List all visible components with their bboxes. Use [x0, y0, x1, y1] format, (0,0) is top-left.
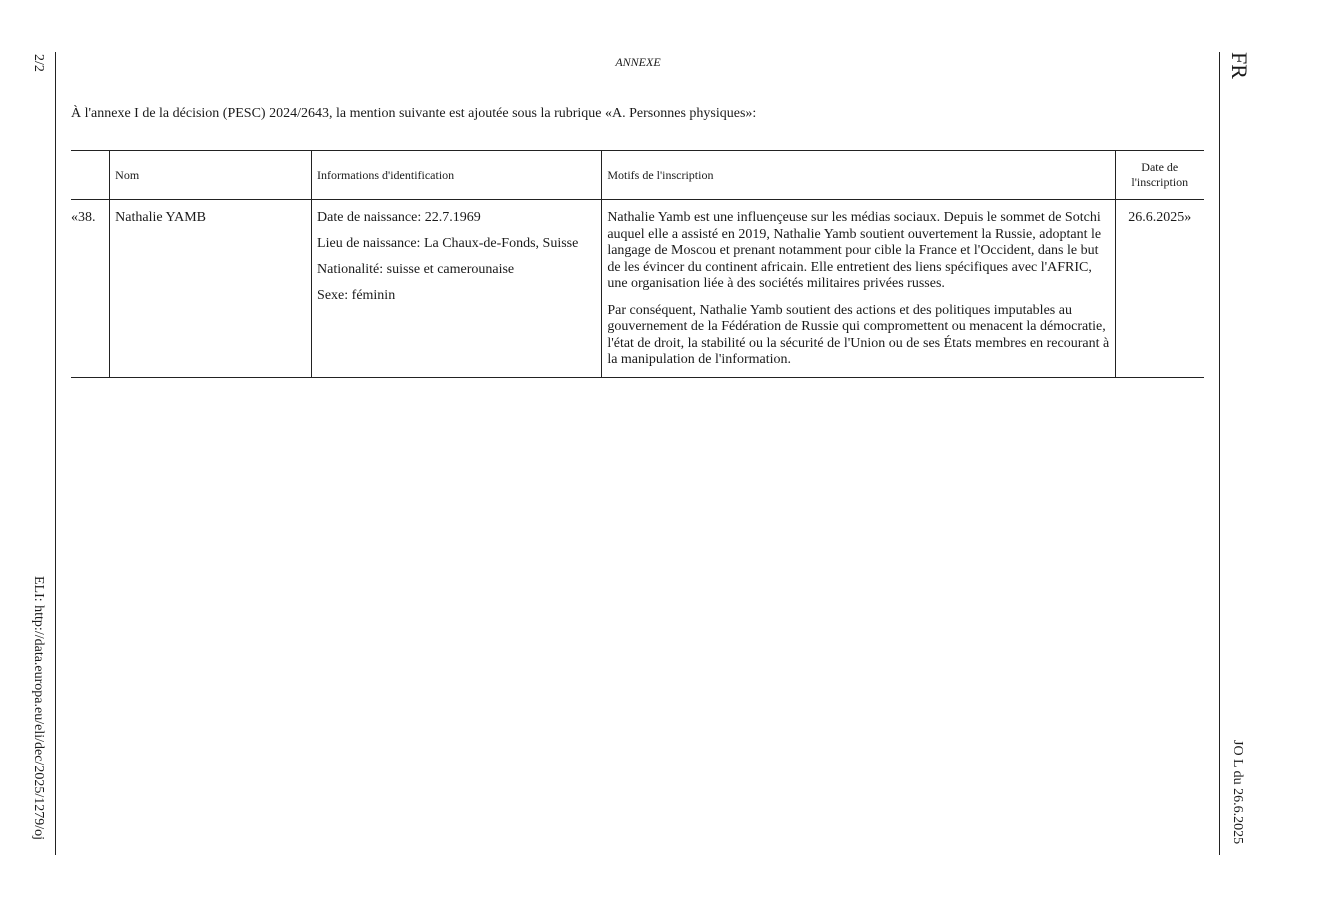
sanctions-table: Nom Informations d'identification Motifs… — [71, 150, 1204, 378]
journal-reference: JO L du 26.6.2025 — [1229, 740, 1245, 844]
header-grounds: Motifs de l'inscription — [602, 151, 1115, 200]
header-date-line2: l'inscription — [1131, 175, 1188, 189]
birth-place: Lieu de naissance: La Chaux-de-Fonds, Su… — [317, 236, 596, 252]
row-name: Nathalie YAMB — [110, 200, 312, 378]
row-listing-date: 26.6.2025» — [1115, 200, 1204, 378]
nationality: Nationalité: suisse et camerounaise — [317, 262, 596, 278]
birth-date: Date de naissance: 22.7.1969 — [317, 210, 596, 226]
header-date-line1: Date de — [1141, 160, 1178, 174]
grounds-paragraph-1: Nathalie Yamb est une influençeuse sur l… — [607, 210, 1109, 293]
header-number — [71, 151, 110, 200]
header-identification: Informations d'identification — [312, 151, 602, 200]
annex-intro: À l'annexe I de la décision (PESC) 2024/… — [71, 106, 756, 122]
header-name: Nom — [110, 151, 312, 200]
table-header-row: Nom Informations d'identification Motifs… — [71, 151, 1204, 200]
header-listing-date: Date de l'inscription — [1115, 151, 1204, 200]
eli-link[interactable]: ELI: http://data.europa.eu/eli/dec/2025/… — [30, 576, 46, 840]
annex-title: ANNEXE — [0, 55, 1276, 70]
sex: Sexe: féminin — [317, 288, 596, 304]
row-number: «38. — [71, 200, 110, 378]
grounds-paragraph-2: Par conséquent, Nathalie Yamb soutient d… — [607, 303, 1109, 369]
left-margin-rule — [55, 52, 56, 855]
row-identification: Date de naissance: 22.7.1969 Lieu de nai… — [312, 200, 602, 378]
table-row: «38. Nathalie YAMB Date de naissance: 22… — [71, 200, 1204, 378]
right-margin-rule — [1219, 52, 1220, 855]
row-grounds: Nathalie Yamb est une influençeuse sur l… — [602, 200, 1115, 378]
